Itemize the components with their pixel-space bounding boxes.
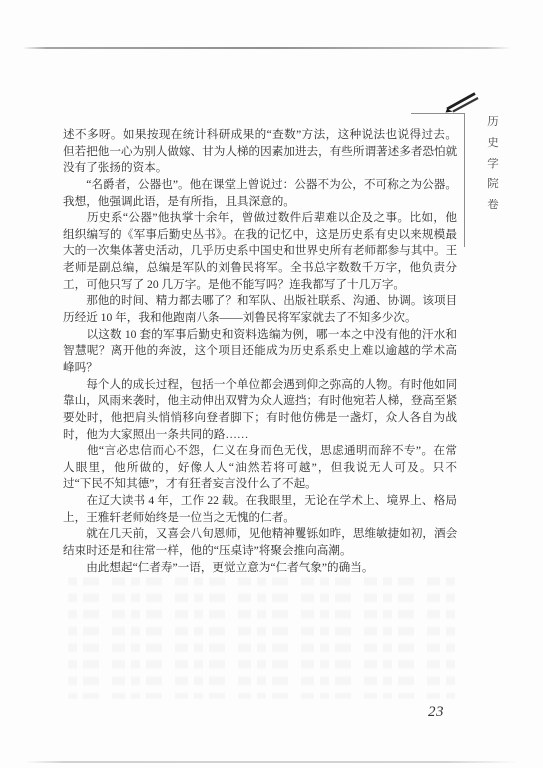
text-line: 峰吗？: [63, 360, 457, 377]
text-line: 那他的时间、精力都去哪了？和军队、出版社联系、沟通、协调。该项目: [63, 293, 457, 310]
text-line: 上，王雅轩老师始终是一位当之无愧的仁者。: [63, 510, 457, 527]
margin-volume-label: 历史学院卷: [485, 116, 501, 220]
margin-label-char: 史: [485, 137, 501, 158]
page-bleedthrough-texture: [68, 577, 460, 699]
text-line: 老师是副总编，总编是军队的刘鲁民将军。全书总字数数千万字，他负责分: [63, 260, 457, 277]
text-line: 历经近 10 年，我和他跑南八条——刘鲁民将军家就去了不知多少次。: [63, 310, 457, 327]
text-line: 靠山，风雨来袭时，他主动伸出双臂为众人遮挡；有时他宛若人梯，登高至紧: [63, 393, 457, 410]
text-line: 由此想起“仁者寿”一语，更觉立意为“仁者气象”的确当。: [63, 560, 457, 577]
page-top-edge: [22, 47, 511, 49]
text-line: 大的一次集体著史活动，几乎历史系中国史和世界史所有老师都参与其中。王: [63, 243, 457, 260]
text-line: 结束时还是和往常一样，他的“压桌诗”将聚会推向高潮。: [63, 543, 457, 560]
text-line: 以这数 10 套的军事后勤史和资料选编为例，哪一本之中没有他的汗水和: [63, 327, 457, 344]
text-line: “名爵者，公器也”。他在课堂上曾说过：公器不为公，不可称之为公器。: [63, 177, 457, 194]
text-line: 智慧呢？离开他的奔波，这个项目还能成为历史系系史上难以逾越的学术高: [63, 343, 457, 360]
text-line: 我想，他强调此语，是有所指，且具深意的。: [63, 194, 457, 211]
text-line: 就在几天前，又喜会八旬恩师，见他精神矍铄如昨，思维敏捷如初，酒会: [63, 526, 457, 543]
margin-label-char: 历: [485, 116, 501, 137]
text-line: 他“言必忠信而心不怨，仁义在身而色无伐，思虑通明而辞不专”。在常: [63, 443, 457, 460]
text-line: 过“下民不知其德”，才有狂者妄言没什么了不起。: [63, 476, 457, 493]
text-line: 组织编写的《军事后勤史丛书》。在我的记忆中，这是历史系有史以来规模最: [63, 227, 457, 244]
body-text: 述不多呀。如果按现在统计科研成果的“查数”方法，这种说法也说得过去。但若把他一心…: [63, 127, 457, 576]
margin-label-char: 学: [485, 158, 501, 179]
book-page: 历史学院卷 述不多呀。如果按现在统计科研成果的“查数”方法，这种说法也说得过去。…: [0, 0, 543, 768]
page-number: 23: [428, 704, 458, 721]
text-line: 人眼里，他所做的，好像人人“油然若将可越”，但我说无人可及。只不: [63, 460, 457, 477]
text-line: 时，他为大家照出一条共同的路……: [63, 427, 457, 444]
text-line: 在辽大读书 4 年，工作 22 载。在我眼里，无论在学术上、境界上、格局: [63, 493, 457, 510]
text-line: 工，可他只写了 20 几万字。是他不能写吗？连我都写了十几万字。: [63, 277, 457, 294]
pen-icon: [444, 88, 484, 115]
text-line: 要处时，他把肩头悄悄移向登者脚下；有时他仿佛是一盏灯，众人各自为战: [63, 410, 457, 427]
text-line: 每个人的成长过程，包括一个单位都会遇到仰之弥高的人物。有时他如同: [63, 377, 457, 394]
margin-label-char: 院: [485, 178, 501, 199]
margin-label-char: 卷: [485, 199, 501, 220]
page-bottom-edge: [25, 761, 519, 763]
text-line: 述不多呀。如果按现在统计科研成果的“查数”方法，这种说法也说得过去。: [63, 127, 457, 144]
text-line: 但若把他一心为别人做嫁、甘为人梯的因素加进去，有些所谓著述多者恐怕就: [63, 144, 457, 161]
text-line: 历史系“公器”他执掌十余年，曾做过数件后辈难以企及之事。比如，他: [63, 210, 457, 227]
text-line: 没有了张扬的资本。: [63, 160, 457, 177]
